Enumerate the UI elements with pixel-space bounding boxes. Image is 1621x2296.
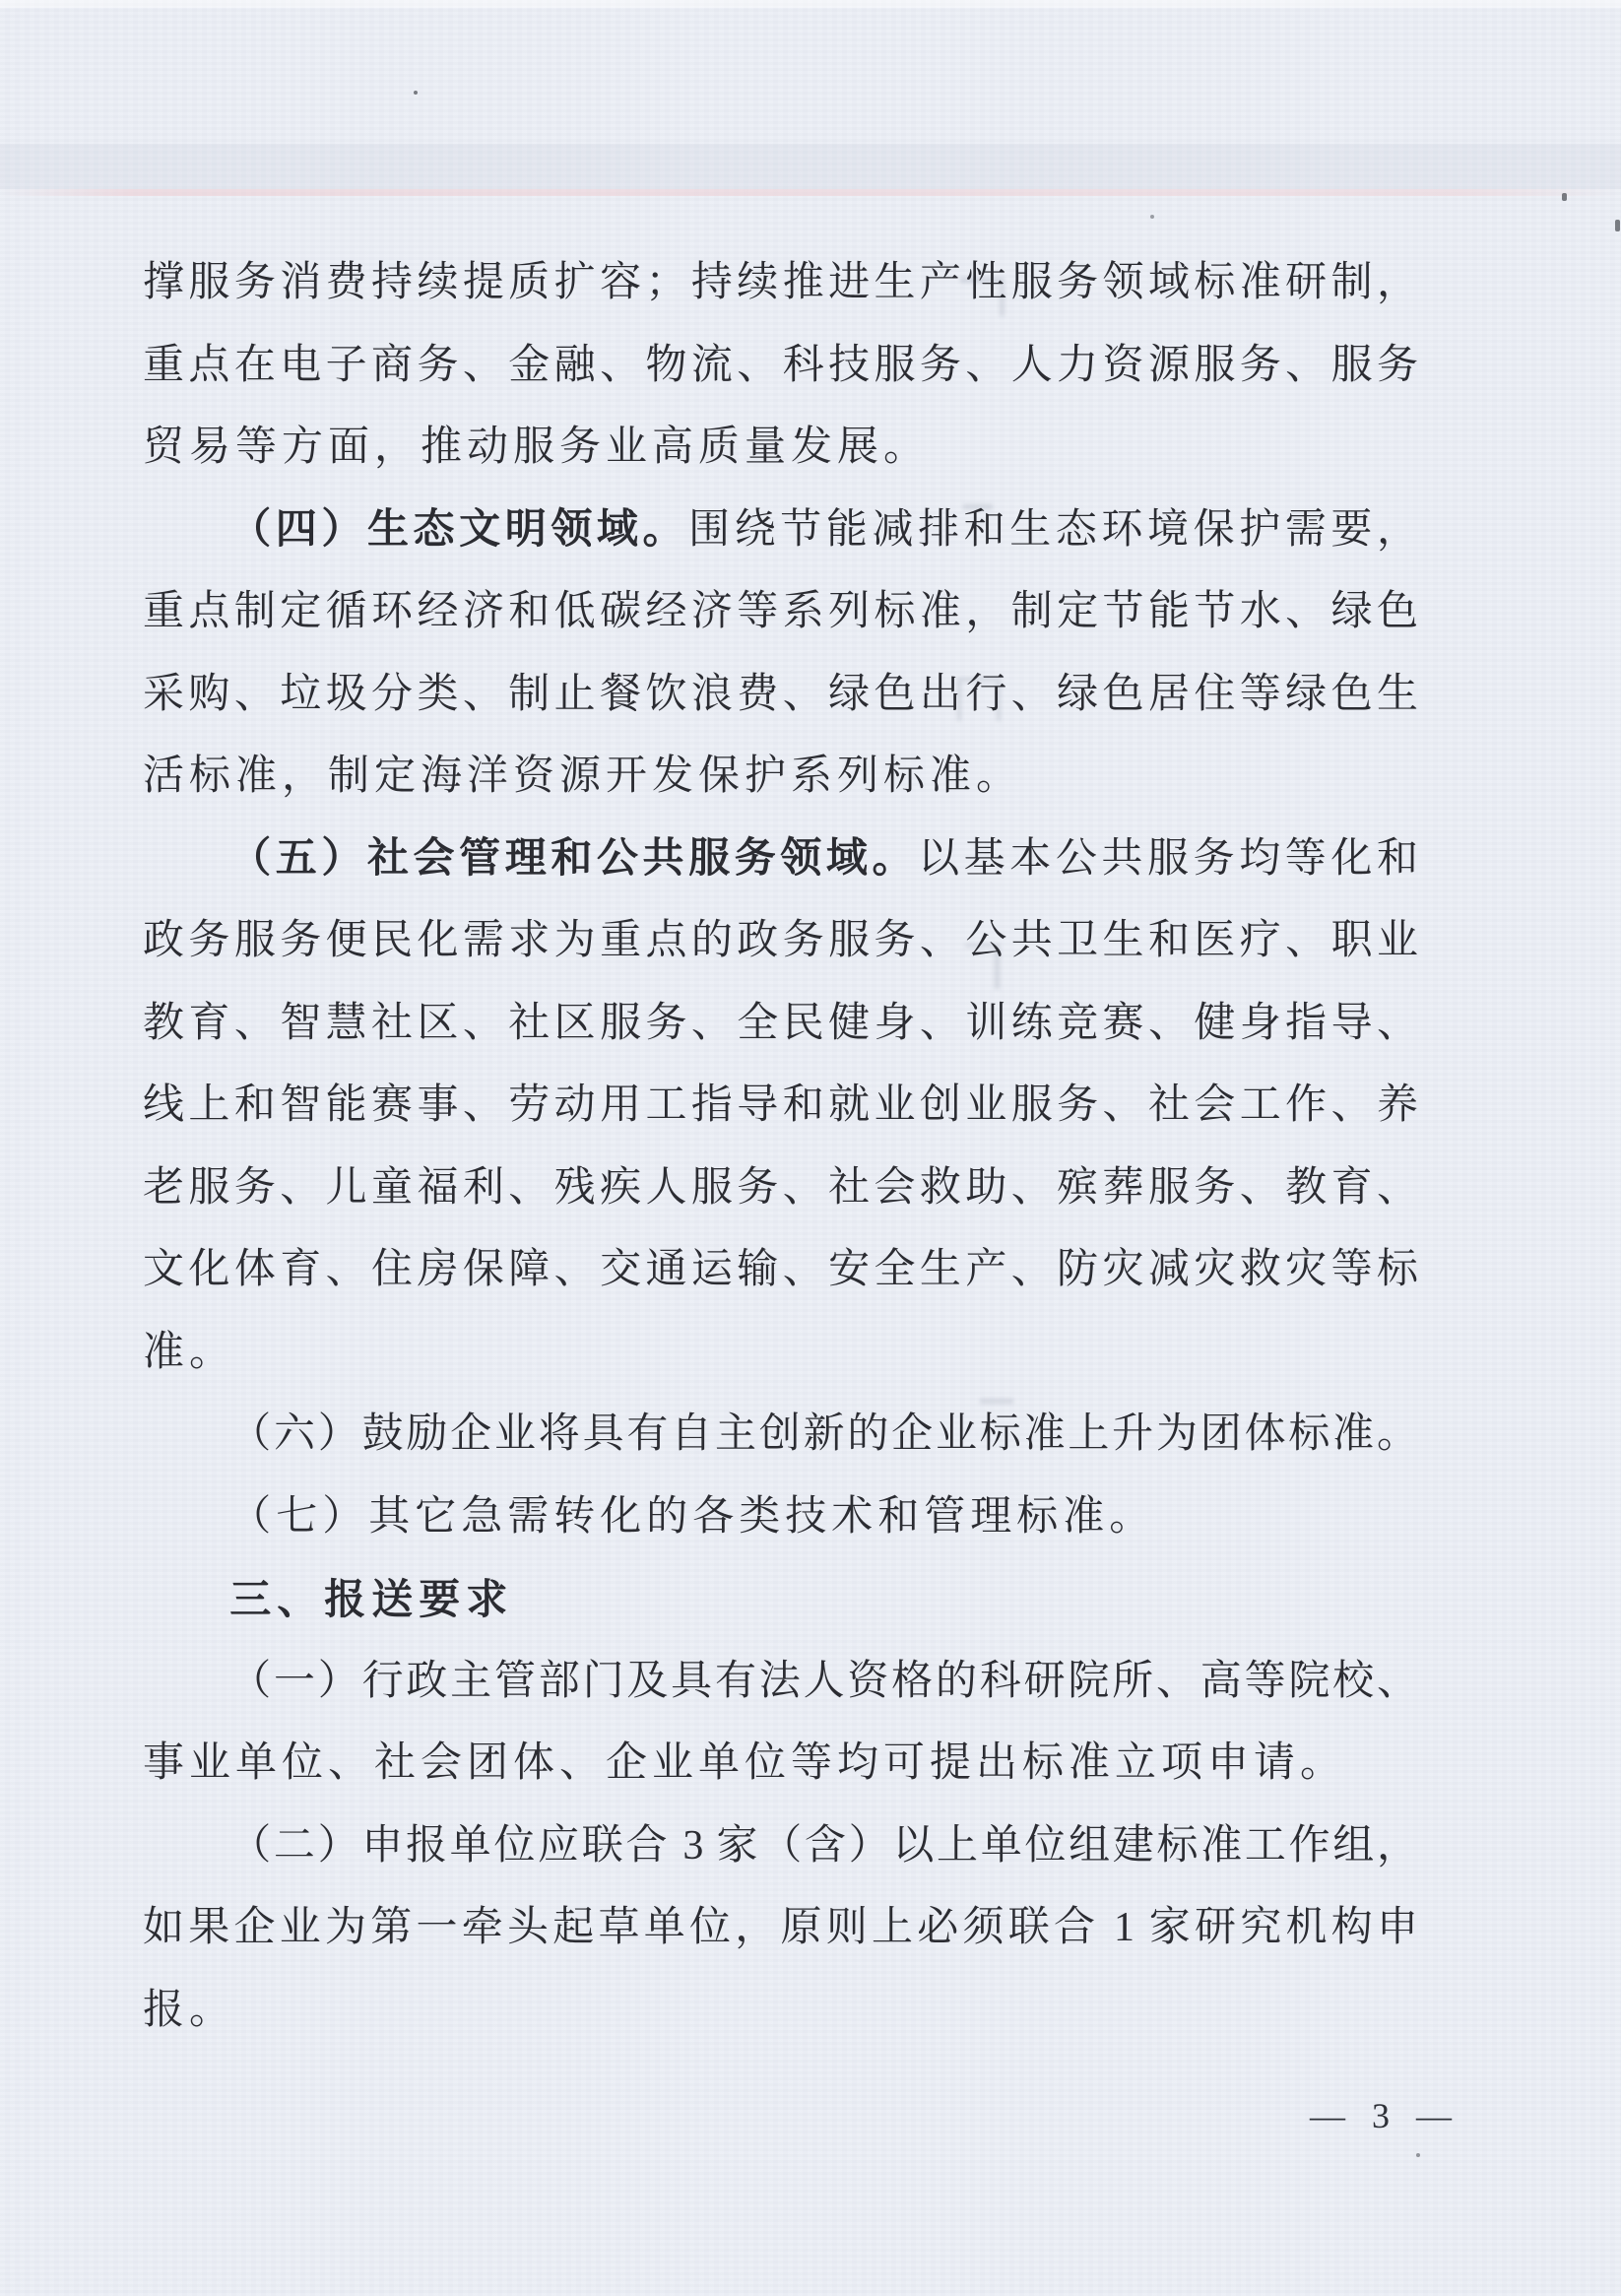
scanned-document-page: 撑服务消费持续提质扩容；持续推进生产性服务领域标准研制，重点在电子商务、金融、物…: [0, 0, 1621, 2296]
text-line: 活标准，制定海洋资源开发保护系列标准。: [143, 736, 1418, 819]
text-segment: 撑服务消费持续提质扩容；持续推进生产性服务领域标准研制，: [143, 260, 1418, 305]
bold-text-segment: 三、报送要求: [229, 1576, 513, 1622]
text-block: 撑服务消费持续提质扩容；持续推进生产性服务领域标准研制，重点在电子商务、金融、物…: [143, 242, 1418, 2052]
text-segment: 政务服务便民化需求为重点的政务服务、公共卫生和医疗、职业: [143, 918, 1418, 963]
text-line: 撑服务消费持续提质扩容；持续推进生产性服务领域标准研制，: [143, 242, 1418, 325]
scan-artifact-top-strip: [0, 0, 1621, 8]
text-line: （六）鼓励企业将具有自主创新的企业标准上升为团体标准。: [143, 1394, 1418, 1476]
text-segment: （二）申报单位应联合 3 家（含）以上单位组建标准工作组，: [229, 1823, 1418, 1869]
text-line: 线上和智能赛事、劳动用工指导和就业创业服务、社会工作、养: [143, 1065, 1418, 1148]
scan-artifact-band: [0, 144, 1621, 189]
text-segment: 教育、智慧社区、社区服务、全民健身、训练竞赛、健身指导、: [143, 1001, 1418, 1046]
text-line: 教育、智慧社区、社区服务、全民健身、训练竞赛、健身指导、: [143, 983, 1418, 1066]
text-segment: 贸易等方面，推动服务业高质量发展。: [143, 425, 930, 470]
page-number: — 3 —: [1310, 2094, 1460, 2137]
text-segment: 采购、垃圾分类、制止餐饮浪费、绿色出行、绿色居住等绿色生: [143, 672, 1418, 717]
text-segment: 老服务、儿童福利、残疾人服务、社会救助、殡葬服务、教育、: [143, 1165, 1418, 1211]
scan-artifact-speck: [1150, 215, 1154, 219]
text-segment: 如果企业为第一牵头起草单位，原则上必须联合 1 家研究机构申: [143, 1905, 1418, 1950]
scan-artifact-pink-line: [0, 189, 1621, 196]
text-segment: 文化体育、住房保障、交通运输、安全生产、防灾减灾救灾等标: [143, 1247, 1418, 1292]
text-segment: 重点制定循环经济和低碳经济等系列标准，制定节能节水、绿色: [143, 589, 1418, 634]
text-line: 准。: [143, 1312, 1418, 1395]
text-line: 重点在电子商务、金融、物流、科技服务、人力资源服务、服务: [143, 325, 1418, 408]
text-segment: 报。: [143, 1988, 235, 2033]
bold-text-segment: （五）社会管理和公共服务领域。: [229, 836, 918, 882]
text-line: 采购、垃圾分类、制止餐饮浪费、绿色出行、绿色居住等绿色生: [143, 654, 1418, 737]
text-line: 事业单位、社会团体、企业单位等均可提出标准立项申请。: [143, 1723, 1418, 1805]
text-segment: （六）鼓励企业将具有自主创新的企业标准上升为团体标准。: [229, 1411, 1418, 1457]
text-segment: 围绕节能减排和生态环境保护需要，: [688, 507, 1418, 553]
text-line: （二）申报单位应联合 3 家（含）以上单位组建标准工作组，: [143, 1805, 1418, 1888]
text-segment: 事业单位、社会团体、企业单位等均可提出标准立项申请。: [143, 1740, 1346, 1786]
text-segment: 线上和智能赛事、劳动用工指导和就业创业服务、社会工作、养: [143, 1082, 1418, 1128]
text-line: （五）社会管理和公共服务领域。以基本公共服务均等化和: [143, 819, 1418, 901]
scan-artifact-speck: [1615, 220, 1620, 231]
text-line: 报。: [143, 1970, 1418, 2053]
text-segment: （一）行政主管部门及具有法人资格的科研院所、高等院校、: [229, 1659, 1418, 1704]
text-line: 老服务、儿童福利、残疾人服务、社会救助、殡葬服务、教育、: [143, 1148, 1418, 1230]
text-line: 贸易等方面，推动服务业高质量发展。: [143, 407, 1418, 490]
text-segment: 重点在电子商务、金融、物流、科技服务、人力资源服务、服务: [143, 343, 1418, 388]
text-line: 文化体育、住房保障、交通运输、安全生产、防灾减灾救灾等标: [143, 1229, 1418, 1312]
scan-artifact-speck: [1416, 2153, 1420, 2157]
scan-artifact-speck: [414, 91, 418, 95]
text-segment: （七）其它急需转化的各类技术和管理标准。: [229, 1494, 1155, 1540]
text-line: （七）其它急需转化的各类技术和管理标准。: [143, 1476, 1418, 1559]
section-heading-line: 三、报送要求: [143, 1558, 1418, 1641]
text-line: （四）生态文明领域。围绕节能减排和生态环境保护需要，: [143, 490, 1418, 572]
text-line: （一）行政主管部门及具有法人资格的科研院所、高等院校、: [143, 1641, 1418, 1724]
text-line: 政务服务便民化需求为重点的政务服务、公共卫生和医疗、职业: [143, 900, 1418, 983]
text-segment: 以基本公共服务均等化和: [918, 836, 1418, 882]
text-line: 如果企业为第一牵头起草单位，原则上必须联合 1 家研究机构申: [143, 1887, 1418, 1970]
text-segment: 活标准，制定海洋资源开发保护系列标准。: [143, 754, 1022, 799]
bold-text-segment: （四）生态文明领域。: [229, 507, 688, 553]
text-line: 重点制定循环经济和低碳经济等系列标准，制定节能节水、绿色: [143, 571, 1418, 654]
text-segment: 准。: [143, 1330, 235, 1375]
